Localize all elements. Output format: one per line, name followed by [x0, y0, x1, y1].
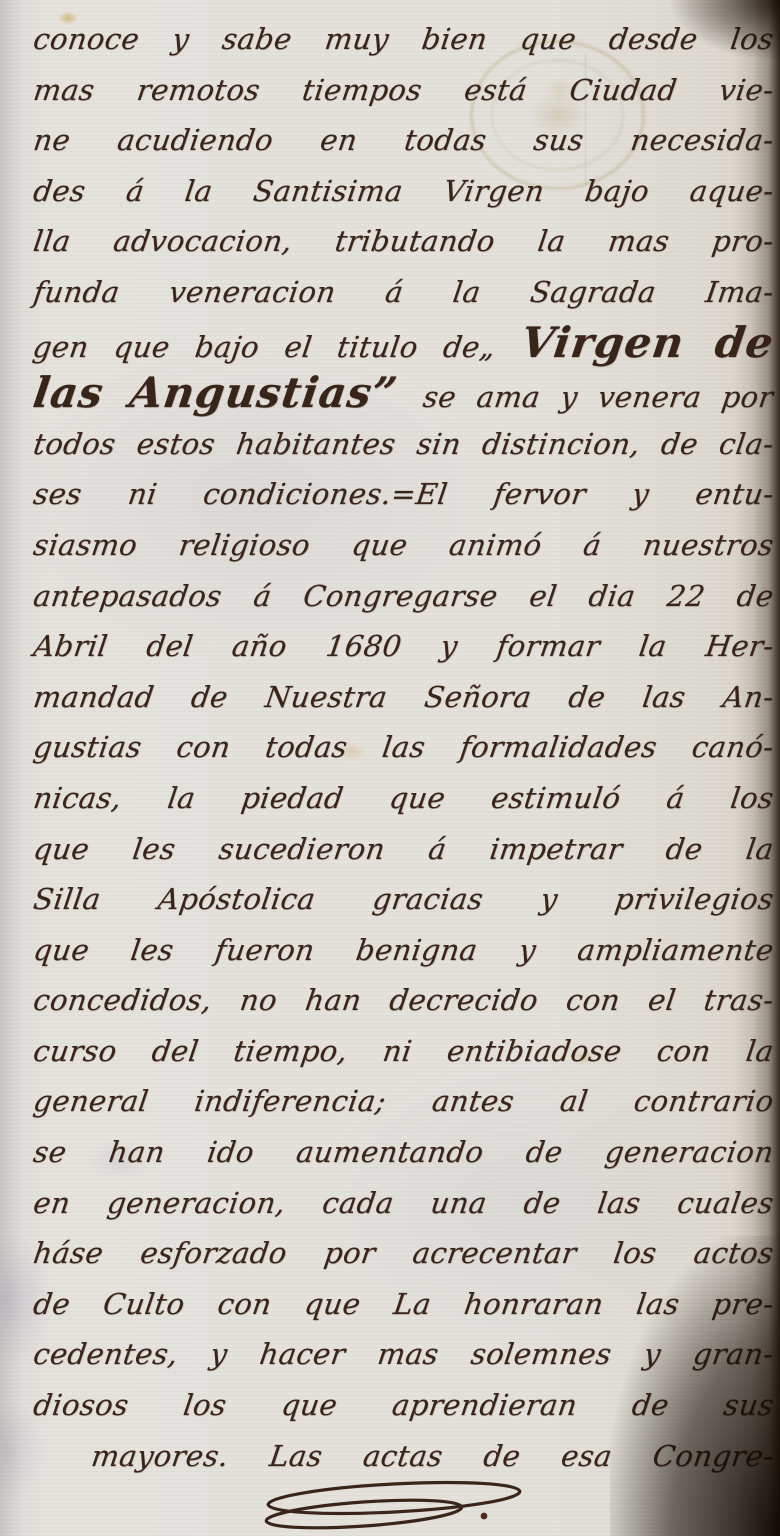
line-text: curso del tiempo, ni entibiadose con la — [31, 1034, 776, 1068]
manuscript-line: ne acudiendo en todas sus necesida- — [30, 115, 777, 166]
manuscript-line: general indiferencia; antes al contrario — [30, 1076, 777, 1127]
manuscript-line: cedentes, y hacer mas solemnes y gran- — [30, 1329, 777, 1380]
manuscript-line: háse esforzado por acrecentar los actos — [30, 1228, 777, 1279]
line-text: siasmo religioso que animó á nuestros — [31, 528, 776, 562]
line-text: general indiferencia; antes al contrario — [31, 1084, 776, 1118]
line-text: antepasados á Congregarse el dia 22 de — [31, 579, 776, 613]
manuscript-line: conoce y sabe muy bien que desde los — [30, 14, 777, 65]
paragraph-end-flourish-icon — [252, 1478, 524, 1534]
manuscript-line: curso del tiempo, ni entibiadose con la — [30, 1026, 777, 1077]
line-text: se ama y venera por — [421, 380, 776, 414]
line-text: háse esforzado por acrecentar los actos — [31, 1236, 776, 1270]
manuscript-line: Abril del año 1680 y formar la Her- — [30, 621, 777, 672]
line-text: diosos los que aprendieran de sus — [31, 1388, 776, 1422]
manuscript-line: antepasados á Congregarse el dia 22 de — [30, 571, 777, 622]
manuscript-line: funda veneracion á la Sagrada Ima- — [30, 267, 777, 318]
manuscript-page: conoce y sabe muy bien que desde los mas… — [0, 0, 780, 1536]
line-text: conoce y sabe muy bien que desde los — [31, 22, 776, 56]
line-text: cedentes, y hacer mas solemnes y gran- — [31, 1337, 776, 1371]
virgin-title-text: las Angustias” — [30, 368, 427, 417]
line-text: se han ido aumentando de generacion — [31, 1135, 776, 1169]
virgin-title-text: Virgen de — [518, 318, 777, 367]
line-text: ses ni condiciones.=El fervor y entu- — [31, 477, 776, 511]
manuscript-line: que les fueron benigna y ampliamente — [30, 925, 777, 976]
line-text: en generacion, cada una de las cuales — [31, 1186, 776, 1220]
line-text: des á la Santisima Virgen bajo aque- — [31, 174, 776, 208]
manuscript-line: lla advocacion, tributando la mas pro- — [30, 216, 777, 267]
manuscript-line: concedidos, no han decrecido con el tras… — [30, 975, 777, 1026]
line-text: gen que bajo el titulo de„ — [31, 330, 524, 364]
manuscript-line-with-title: las Angustias” se ama y venera por — [30, 368, 777, 419]
line-text: mas remotos tiempos está Ciudad vie- — [31, 73, 776, 107]
line-text: de Culto con que La honraran las pre- — [31, 1287, 776, 1321]
manuscript-line: todos estos habitantes sin distincion, d… — [30, 419, 777, 470]
line-text: que les sucedieron á impetrar de la — [31, 832, 776, 866]
line-text: funda veneracion á la Sagrada Ima- — [31, 275, 776, 309]
manuscript-line-with-title: gen que bajo el titulo de„ Virgen de — [30, 318, 777, 369]
line-text: mayores. Las actas de esa Congre- — [89, 1439, 776, 1473]
manuscript-text-block: conoce y sabe muy bien que desde los mas… — [30, 14, 770, 1481]
manuscript-line: nicas, la piedad que estimuló á los — [30, 773, 777, 824]
line-text: lla advocacion, tributando la mas pro- — [31, 224, 776, 258]
manuscript-line: mayores. Las actas de esa Congre- — [30, 1431, 777, 1482]
manuscript-line: que les sucedieron á impetrar de la — [30, 824, 777, 875]
manuscript-line: gustias con todas las formalidades canó- — [30, 722, 777, 773]
manuscript-line: Silla Apóstolica gracias y privilegios — [30, 874, 777, 925]
manuscript-line: siasmo religioso que animó á nuestros — [30, 520, 777, 571]
manuscript-line: de Culto con que La honraran las pre- — [30, 1279, 777, 1330]
line-text: nicas, la piedad que estimuló á los — [31, 781, 776, 815]
manuscript-line: en generacion, cada una de las cuales — [30, 1178, 777, 1229]
line-text: concedidos, no han decrecido con el tras… — [31, 983, 776, 1017]
line-text: Silla Apóstolica gracias y privilegios — [31, 882, 776, 916]
manuscript-line: se han ido aumentando de generacion — [30, 1127, 777, 1178]
line-text: Abril del año 1680 y formar la Her- — [31, 629, 776, 663]
manuscript-line: mas remotos tiempos está Ciudad vie- — [30, 65, 777, 116]
line-text: gustias con todas las formalidades canó- — [31, 730, 776, 764]
manuscript-line: ses ni condiciones.=El fervor y entu- — [30, 469, 777, 520]
line-text: todos estos habitantes sin distincion, d… — [31, 427, 776, 461]
manuscript-line: des á la Santisima Virgen bajo aque- — [30, 166, 777, 217]
line-text: mandad de Nuestra Señora de las An- — [31, 680, 776, 714]
line-text: que les fueron benigna y ampliamente — [31, 933, 776, 967]
line-text: ne acudiendo en todas sus necesida- — [31, 123, 776, 157]
manuscript-line: diosos los que aprendieran de sus — [30, 1380, 777, 1431]
manuscript-line: mandad de Nuestra Señora de las An- — [30, 672, 777, 723]
left-edge-vignette — [0, 0, 22, 1536]
